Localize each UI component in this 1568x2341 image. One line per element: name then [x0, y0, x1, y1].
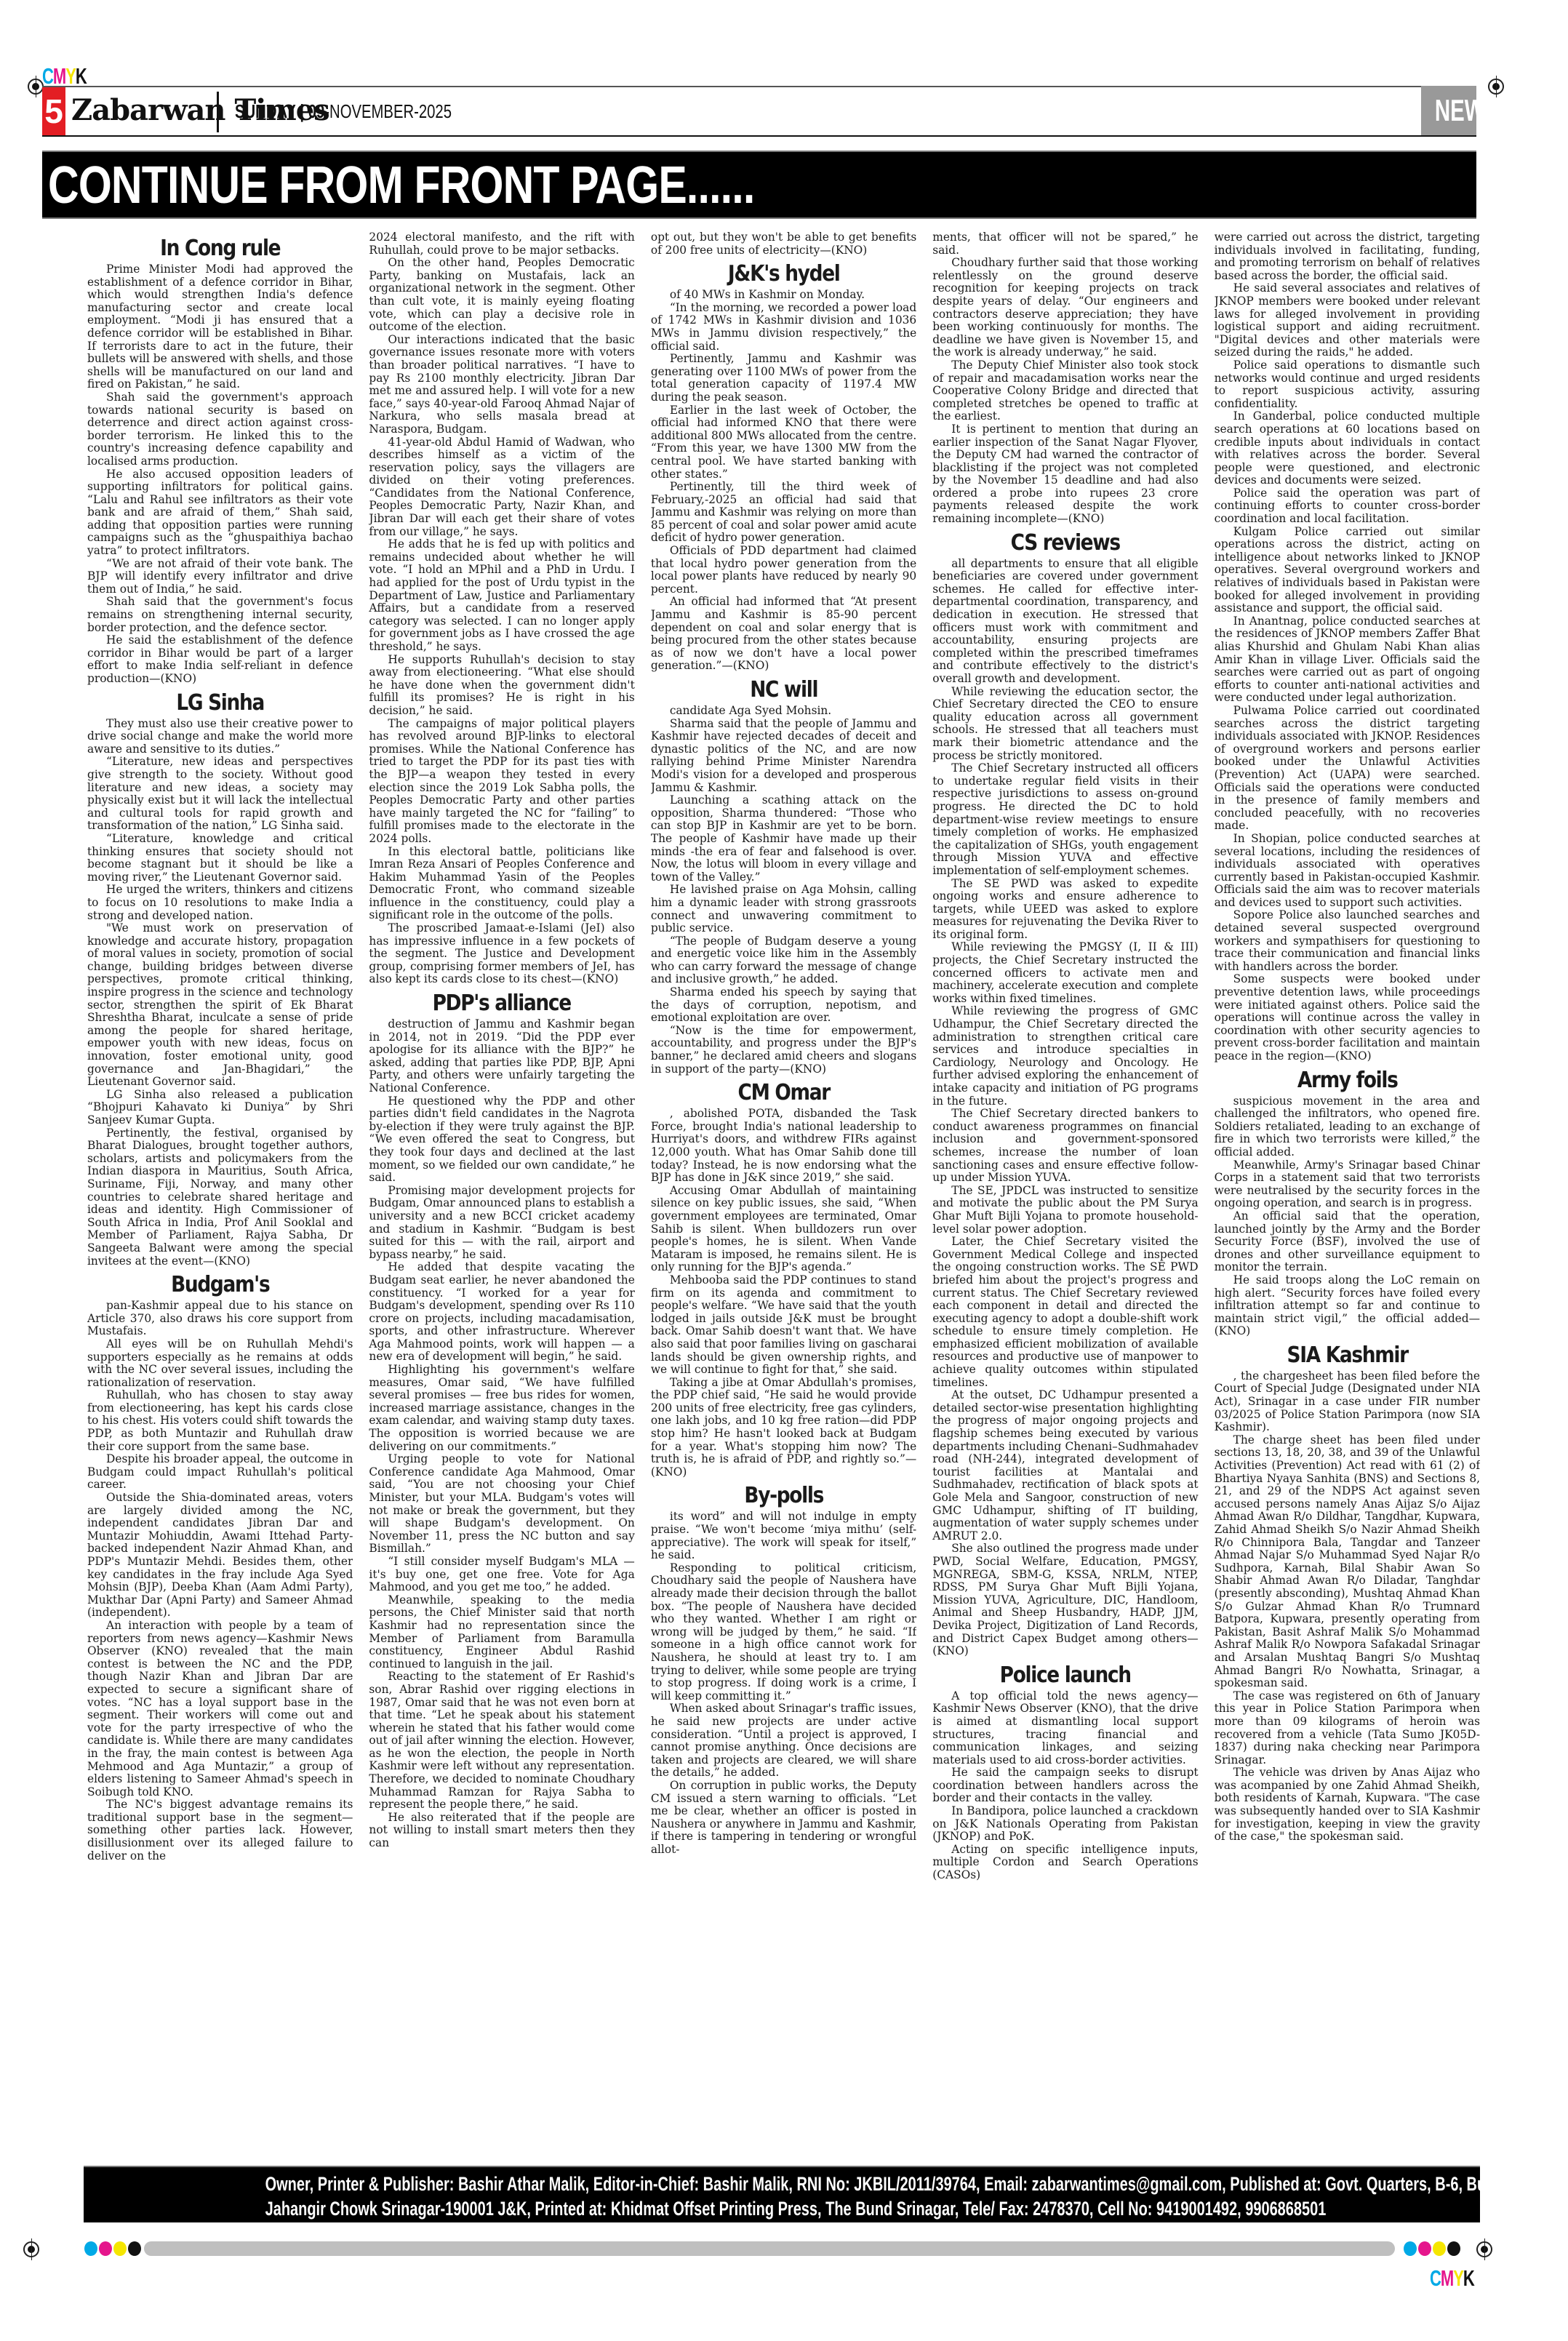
color-dots-right: [1404, 2241, 1460, 2256]
article-paragraph: While reviewing the education sector, th…: [932, 686, 1198, 763]
article-paragraph: While reviewing the PMGSY (I, II & III) …: [932, 941, 1198, 1005]
article-paragraph: “I still consider myself Budgam's MLA — …: [369, 1556, 634, 1594]
section-label-text: NEWS: [1435, 86, 1499, 135]
article-paragraph: He also accused opposition leaders of su…: [87, 468, 353, 558]
article-paragraph: Some suspects were booked under preventi…: [1215, 973, 1480, 1063]
article-paragraph: Our interactions indicated that the basi…: [369, 334, 634, 436]
column-3: opt out, but they won't be able to get b…: [651, 231, 916, 2166]
article-headline: J&K's hydel: [667, 261, 901, 287]
color-bar: [144, 2241, 1395, 2256]
article-paragraph: Earlier in the last week of October, the…: [651, 404, 916, 481]
article-paragraph: In Bandipora, police launched a crackdow…: [932, 1805, 1198, 1844]
article-headline: NC will: [667, 677, 901, 703]
article-paragraph: 2024 electoral manifesto, and the rift w…: [369, 231, 634, 257]
article-paragraph: Pertinently, the festival, organised by …: [87, 1127, 353, 1268]
article-paragraph: In Ganderbal, police conducted multiple …: [1215, 410, 1480, 487]
article-paragraph: Urging people to vote for National Confe…: [369, 1453, 634, 1556]
article-paragraph: Mehbooba said the PDP continues to stand…: [651, 1274, 916, 1377]
article-paragraph: He said troops along the LoC remain on h…: [1215, 1274, 1480, 1338]
banner-title: CONTINUE FROM FRONT PAGE......: [48, 156, 754, 215]
cmyk-c: C: [42, 63, 53, 89]
article-headline: In Cong rule: [103, 236, 337, 262]
article-paragraph: Shah said the government's approach towa…: [87, 391, 353, 468]
article-paragraph: 41-year-old Abdul Hamid of Wadwan, who d…: [369, 436, 634, 539]
article-paragraph: Pertinently, Jammu and Kashmir was gener…: [651, 353, 916, 404]
article-paragraph: The Chief Secretary instructed all offic…: [932, 762, 1198, 877]
magenta-dot-icon: [1418, 2241, 1431, 2256]
article-paragraph: Outside the Shia-dominated areas, voters…: [87, 1492, 353, 1620]
article-paragraph: An official had informed that “At presen…: [651, 596, 916, 673]
article-paragraph: Pertinently, till the third week of Febr…: [651, 481, 916, 545]
yellow-dot-icon: [113, 2241, 127, 2256]
column-4: ments, that officer will not be spared,”…: [932, 231, 1198, 2166]
date-rest: -NOVEMBER-2025: [324, 100, 452, 122]
article-paragraph: Meanwhile, Army's Srinagar based Chinar …: [1215, 1159, 1480, 1210]
article-paragraph: He added that despite vacating the Budga…: [369, 1261, 634, 1364]
article-paragraph: Officials of PDD department had claimed …: [651, 545, 916, 596]
article-paragraph: “Literature, new ideas and perspectives …: [87, 756, 353, 833]
article-headline: Budgam's: [103, 1272, 337, 1298]
article-paragraph: Responding to political criticism, Choud…: [651, 1562, 916, 1703]
section-label: NEWS: [1421, 86, 1476, 135]
article-paragraph: Despite his broader appeal, the outcome …: [87, 1453, 353, 1492]
article-paragraph: While reviewing the progress of GMC Udha…: [932, 1005, 1198, 1108]
article-paragraph: He adds that he is fed up with politics …: [369, 538, 634, 653]
magenta-dot-icon: [99, 2241, 112, 2256]
article-paragraph: He said the campaign seeks to disrupt co…: [932, 1766, 1198, 1805]
article-paragraph: He questioned why the PDP and other part…: [369, 1095, 634, 1185]
cmyk-y: Y: [1453, 2265, 1463, 2291]
cmyk-m: M: [1441, 2265, 1453, 2291]
article-paragraph: , the chargesheet has been filed before …: [1215, 1370, 1480, 1434]
article-paragraph: The vehicle was driven by Anas Aijaz who…: [1215, 1766, 1480, 1844]
article-paragraph: its word” and will not indulge in empty …: [651, 1510, 916, 1561]
cmyk-c: C: [1430, 2265, 1441, 2291]
article-paragraph: In Shopian, police conducted searches at…: [1215, 833, 1480, 910]
article-paragraph: pan-Kashmir appeal due to his stance on …: [87, 1300, 353, 1338]
date-day: 09: [308, 100, 325, 122]
article-paragraph: The case was registered on 6th of Januar…: [1215, 1690, 1480, 1767]
article-paragraph: “In the morning, we recorded a power loa…: [651, 302, 916, 353]
masthead-divider: [217, 92, 219, 132]
imprint-line-2: Jahangir Chowk Srinagar-190001 J&K, Prin…: [265, 2196, 1299, 2221]
article-paragraph: ments, that officer will not be spared,”…: [932, 231, 1198, 257]
article-paragraph: Shah said that the government's focus re…: [87, 596, 353, 634]
article-paragraph: Sharma said that the people of Jammu and…: [651, 718, 916, 795]
article-paragraph: Police said the operation was part of co…: [1215, 487, 1480, 526]
article-paragraph: Kulgam Police carried out similar operat…: [1215, 526, 1480, 615]
day: SUNDAY: [235, 100, 296, 122]
color-dots-left: [84, 2241, 141, 2256]
article-paragraph: Police said operations to dismantle such…: [1215, 359, 1480, 410]
page-number: 5: [42, 87, 65, 135]
column-2: 2024 electoral manifesto, and the rift w…: [369, 231, 634, 2166]
cmyk-y: Y: [65, 63, 76, 89]
article-paragraph: Sharma ended his speech by saying that t…: [651, 986, 916, 1025]
article-headline: PDP's alliance: [385, 991, 619, 1017]
article-paragraph: He said several associates and relatives…: [1215, 282, 1480, 359]
article-paragraph: On corruption in public works, the Deput…: [651, 1780, 916, 1857]
article-paragraph: When asked about Srinagar's traffic issu…: [651, 1702, 916, 1780]
cmyk-label-bottom: CMYK: [1430, 2265, 1474, 2292]
article-headline: By-polls: [667, 1483, 901, 1509]
page-banner: CONTINUE FROM FRONT PAGE......: [42, 151, 1476, 219]
article-paragraph: The proscribed Jamaat-e-Islami (JeI) als…: [369, 922, 634, 986]
article-paragraph: Accusing Omar Abdullah of maintaining si…: [651, 1185, 916, 1274]
article-paragraph: He supports Ruhullah's decision to stay …: [369, 654, 634, 718]
article-paragraph: In this electoral battle, politicians li…: [369, 846, 634, 923]
article-paragraph: opt out, but they won't be able to get b…: [651, 231, 916, 257]
article-paragraph: “The people of Budgam deserve a young an…: [651, 935, 916, 986]
black-dot-icon: [128, 2241, 141, 2256]
registration-mark-icon: [28, 79, 44, 95]
article-paragraph: “We are not afraid of their vote bank. T…: [87, 558, 353, 596]
article-paragraph: LG Sinha also released a publication “Bh…: [87, 1089, 353, 1127]
article-paragraph: The NC's biggest advantage remains its t…: [87, 1798, 353, 1862]
article-paragraph: Reacting to the statement of Er Rashid's…: [369, 1670, 634, 1812]
article-paragraph: He urged the writers, thinkers and citiz…: [87, 884, 353, 922]
registration-mark-icon: [23, 2241, 39, 2257]
black-dot-icon: [1447, 2241, 1460, 2256]
article-paragraph: It is pertinent to mention that during a…: [932, 423, 1198, 526]
yellow-dot-icon: [1433, 2241, 1446, 2256]
cmyk-k: K: [76, 63, 87, 89]
registration-mark-icon: [1476, 2241, 1492, 2257]
article-paragraph: Taking a jibe at Omar Abdullah's promise…: [651, 1377, 916, 1479]
masthead: 5 Zabarwan Times SUNDAY | 09-NOVEMBER-20…: [42, 86, 1476, 137]
dateline: SUNDAY | 09-NOVEMBER-2025: [235, 100, 452, 123]
article-paragraph: Launching a scathing attack on the oppos…: [651, 794, 916, 884]
column-5: were carried out across the district, ta…: [1215, 231, 1480, 2166]
imprint-line-1: Owner, Printer & Publisher: Bashir Athar…: [265, 2172, 1299, 2196]
cmyk-k: K: [1463, 2265, 1474, 2291]
article-paragraph: Choudhary further said that those workin…: [932, 257, 1198, 359]
article-paragraph: , abolished POTA, disbanded the Task For…: [651, 1108, 916, 1185]
article-paragraph: Sopore Police also launched searches and…: [1215, 909, 1480, 973]
article-headline: CS reviews: [948, 530, 1183, 556]
article-paragraph: All eyes will be on Ruhullah Mehdi's sup…: [87, 1338, 353, 1389]
article-paragraph: all departments to ensure that all eligi…: [932, 558, 1198, 686]
article-paragraph: “Now is the time for empowerment, accoun…: [651, 1025, 916, 1076]
article-paragraph: Pulwama Police carried out coordinated s…: [1215, 705, 1480, 833]
article-paragraph: An interaction with people by a team of …: [87, 1620, 353, 1798]
article-paragraph: Highlighting his government's welfare me…: [369, 1364, 634, 1453]
article-paragraph: Later, the Chief Secretary visited the G…: [932, 1236, 1198, 1389]
article-paragraph: She also outlined the progress made unde…: [932, 1542, 1198, 1657]
article-paragraph: The campaigns of major political players…: [369, 718, 634, 846]
article-paragraph: He lavished praise on Aga Mohsin, callin…: [651, 884, 916, 935]
article-paragraph: The Deputy Chief Minister also took stoc…: [932, 359, 1198, 423]
cmyk-m: M: [53, 63, 65, 89]
cyan-dot-icon: [1404, 2241, 1417, 2256]
article-headline: Police launch: [948, 1662, 1183, 1689]
article-headline: LG Sinha: [103, 690, 337, 716]
article-columns: In Cong rulePrime Minister Modi had appr…: [87, 231, 1480, 2166]
article-paragraph: The charge sheet has been filed under se…: [1215, 1434, 1480, 1690]
article-paragraph: Ruhullah, who has chosen to stay away fr…: [87, 1389, 353, 1453]
article-paragraph: The Chief Secretary directed bankers to …: [932, 1108, 1198, 1185]
article-paragraph: suspicious movement in the area and chal…: [1215, 1095, 1480, 1159]
article-paragraph: "We must work on preservation of knowled…: [87, 922, 353, 1089]
column-1: In Cong rulePrime Minister Modi had appr…: [87, 231, 353, 2166]
article-paragraph: At the outset, DC Udhampur presented a d…: [932, 1389, 1198, 1542]
article-paragraph: He said the establishment of the defence…: [87, 634, 353, 685]
article-paragraph: He also reiterated that if the people ar…: [369, 1812, 634, 1850]
imprint-footer: Owner, Printer & Publisher: Bashir Athar…: [84, 2166, 1480, 2222]
date-separator: |: [300, 100, 304, 122]
article-paragraph: The SE, JPDCL was instructed to sensitiz…: [932, 1185, 1198, 1236]
article-paragraph: “Literature, knowledge and critical thin…: [87, 833, 353, 884]
article-paragraph: Meanwhile, speaking to the media persons…: [369, 1594, 634, 1671]
article-paragraph: Prime Minister Modi had approved the est…: [87, 263, 353, 391]
article-headline: CM Omar: [667, 1080, 901, 1106]
cyan-dot-icon: [84, 2241, 97, 2256]
article-paragraph: were carried out across the district, ta…: [1215, 231, 1480, 282]
article-paragraph: They must also use their creative power …: [87, 718, 353, 756]
article-paragraph: On the other hand, Peoples Democratic Pa…: [369, 257, 634, 334]
article-paragraph: Acting on specific intelligence inputs, …: [932, 1844, 1198, 1882]
article-paragraph: of 40 MWs in Kashmir on Monday.: [651, 289, 916, 302]
article-paragraph: The SE PWD was asked to expedite ongoing…: [932, 878, 1198, 942]
article-paragraph: Promising major development projects for…: [369, 1185, 634, 1262]
article-paragraph: candidate Aga Syed Mohsin.: [651, 705, 916, 718]
article-paragraph: An official said that the operation, lau…: [1215, 1210, 1480, 1274]
article-headline: Army foils: [1231, 1068, 1465, 1094]
article-paragraph: A top official told the news agency—Kash…: [932, 1690, 1198, 1767]
article-headline: SIA Kashmir: [1231, 1342, 1465, 1369]
article-paragraph: In Anantnag, police conducted searches a…: [1215, 615, 1480, 705]
article-paragraph: destruction of Jammu and Kashmir began i…: [369, 1018, 634, 1095]
